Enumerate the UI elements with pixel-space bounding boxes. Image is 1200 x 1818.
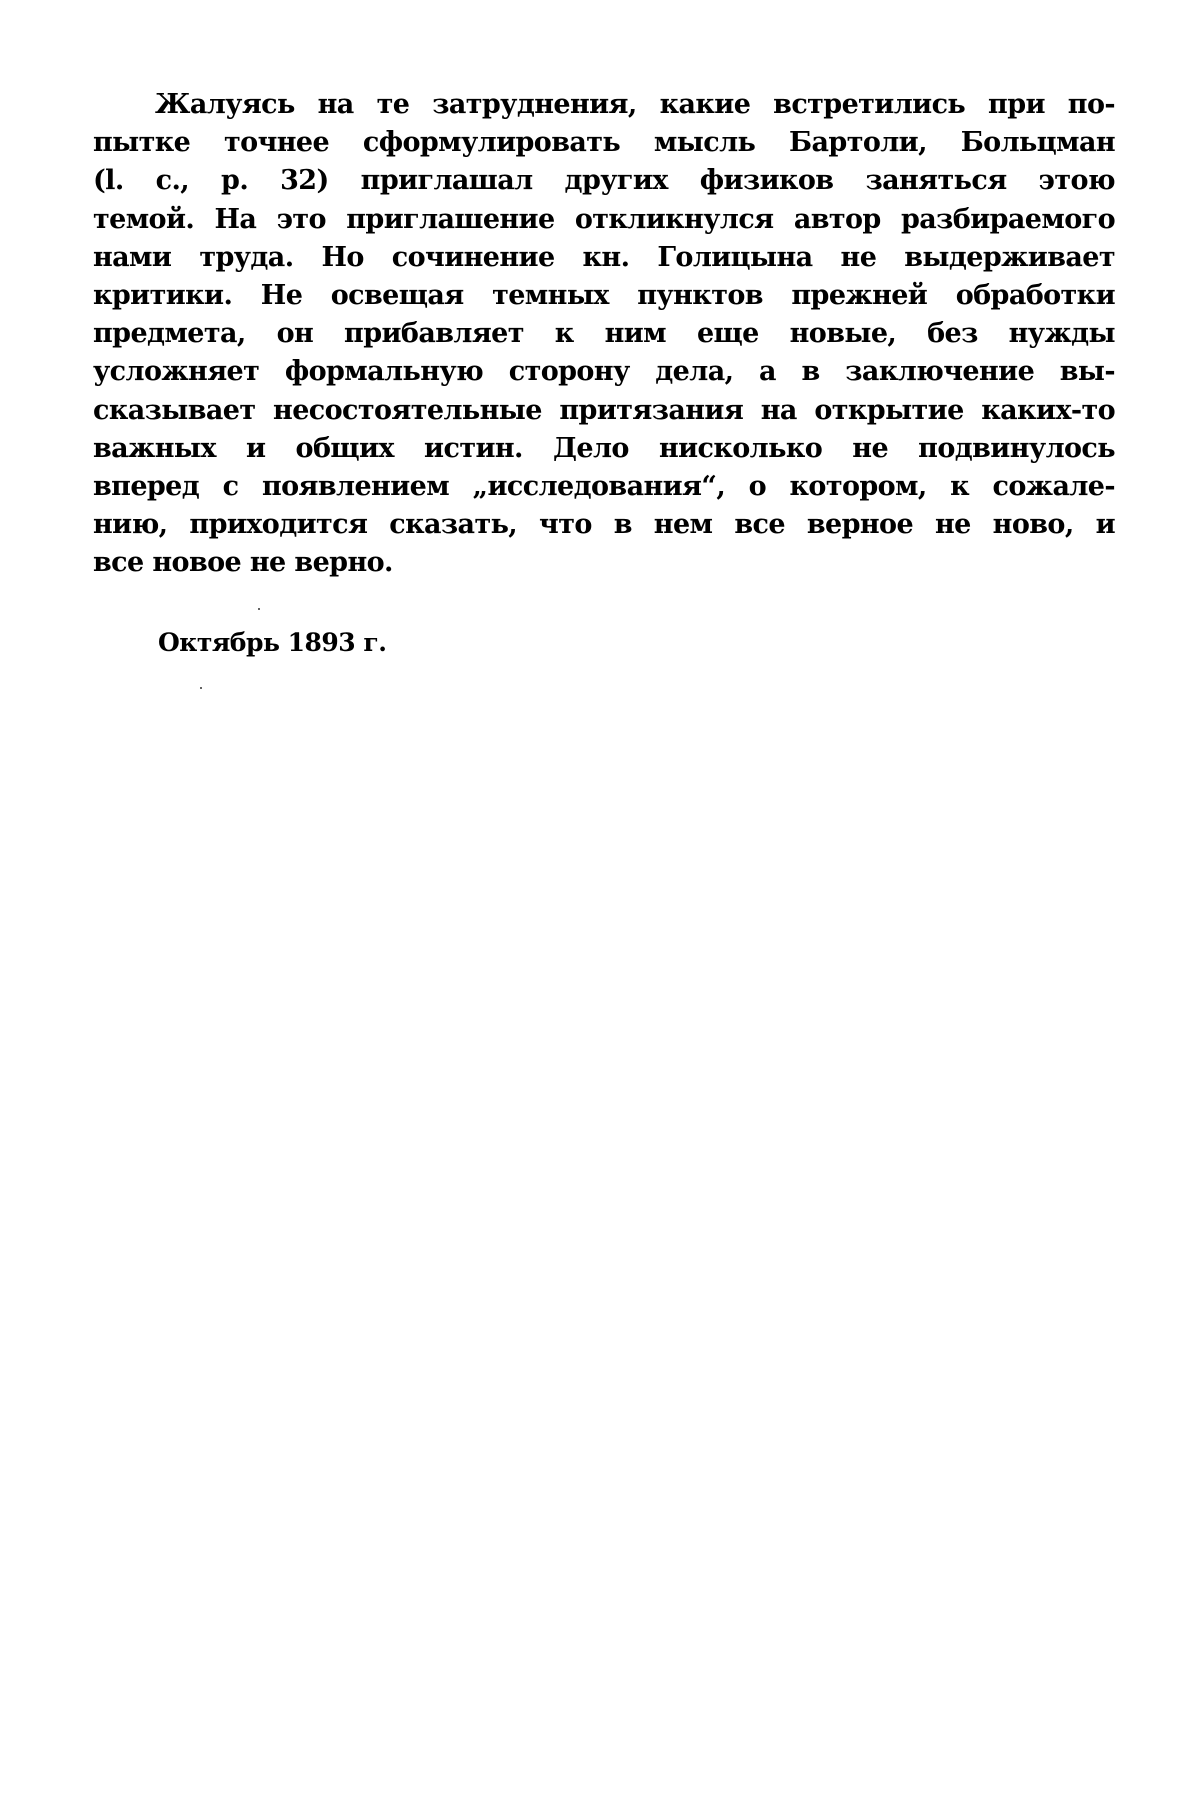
paragraph-line: вперед с появлением „исследования“, о ко… <box>93 468 1115 506</box>
paragraph-line: Жалуясь на те затруднения, какие встрети… <box>93 86 1115 124</box>
paragraph-line: усложняет формальную сторону дела, а в з… <box>93 353 1115 391</box>
signature-date: Октябрь 1893 г. <box>158 628 386 657</box>
scan-speck <box>258 608 260 610</box>
document-page: Жалуясь на те затруднения, какие встрети… <box>0 0 1200 1818</box>
paragraph-line: нами труда. Но сочинение кн. Голицына не… <box>93 239 1115 277</box>
paragraph-line: нию, приходится сказать, что в нем все в… <box>93 506 1115 544</box>
scan-speck <box>200 687 202 689</box>
paragraph-line: пытке точнее сформулировать мысль Бартол… <box>93 124 1115 162</box>
paragraph-line: сказывает несостоятельные притязания на … <box>93 392 1115 430</box>
paragraph-line: важных и общих истин. Дело нисколько не … <box>93 430 1115 468</box>
paragraph-line: предмета, он прибавляет к ним еще новые,… <box>93 315 1115 353</box>
paragraph-line: все новое не верно. <box>93 544 1115 582</box>
paragraph-line: (l. c., p. 32) приглашал других физиков … <box>93 162 1115 200</box>
paragraph-line: критики. Не освещая темных пунктов прежн… <box>93 277 1115 315</box>
paragraph-line: темой. На это приглашение откликнулся ав… <box>93 201 1115 239</box>
body-paragraph: Жалуясь на те затруднения, какие встрети… <box>93 86 1115 582</box>
